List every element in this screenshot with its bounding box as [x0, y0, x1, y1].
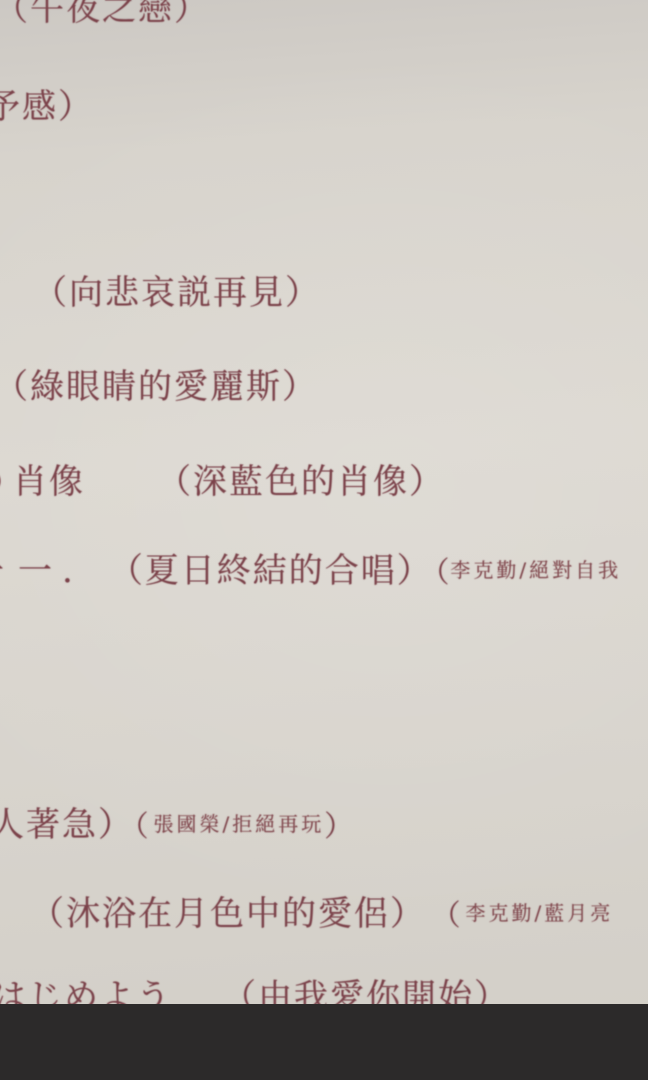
song-list-line: 肖像（深藍色的肖像） — [13, 454, 445, 503]
photographed-paper-page: （午夜之戀） 予感） （向悲哀説再見） （綠眼睛的愛麗斯） の 肖像（深藍色的肖… — [0, 0, 648, 1080]
letterbox-bottom-bar — [0, 1004, 648, 1080]
song-list-line: （午夜之戀） — [0, 0, 210, 30]
period-mark: . — [62, 551, 75, 591]
translated-title-text: （深藍色的肖像） — [157, 462, 445, 502]
song-list-line: 予感） — [0, 79, 94, 128]
song-list-line: 一一.（夏日終結的合唱）（李克勤/絕對自我 — [0, 543, 621, 592]
song-list-line: 人著急）（張國榮/拒絕再玩） — [0, 797, 354, 846]
song-list-line: （向悲哀説再見） — [33, 265, 321, 314]
song-list-line-clipped-fragment: の — [0, 454, 6, 503]
open-paren: （ — [134, 809, 150, 843]
song-list-line: （綠眼睛的愛麗斯） — [0, 359, 318, 408]
artist-album-annotation: 張國榮/拒絕再玩 — [154, 812, 325, 836]
artist-album-annotation: 李克勤/絕對自我 — [450, 558, 621, 582]
original-title-text: 一一 — [0, 551, 66, 591]
close-paren: ） — [324, 809, 354, 843]
song-list-line: （沐浴在月色中的愛侶）（李克勤/藍月亮 — [30, 886, 613, 935]
artist-album-annotation: 李克勤/藍月亮 — [466, 901, 614, 925]
original-title-text: 予感） — [0, 87, 94, 127]
translated-title-text: （午夜之戀） — [0, 0, 210, 29]
open-paren: （ — [446, 898, 462, 932]
original-title-text: 肖像 — [13, 462, 85, 502]
open-paren: （ — [435, 555, 451, 589]
translated-title-text: （綠眼睛的愛麗斯） — [0, 367, 318, 407]
translated-title-text: （沐浴在月色中的愛侶） — [30, 894, 426, 934]
translated-title-text: 人著急） — [0, 805, 134, 845]
original-title-text: の — [0, 462, 6, 502]
translated-title-text: （向悲哀説再見） — [33, 273, 321, 313]
translated-title-text: （夏日終結的合唱） — [109, 551, 433, 591]
